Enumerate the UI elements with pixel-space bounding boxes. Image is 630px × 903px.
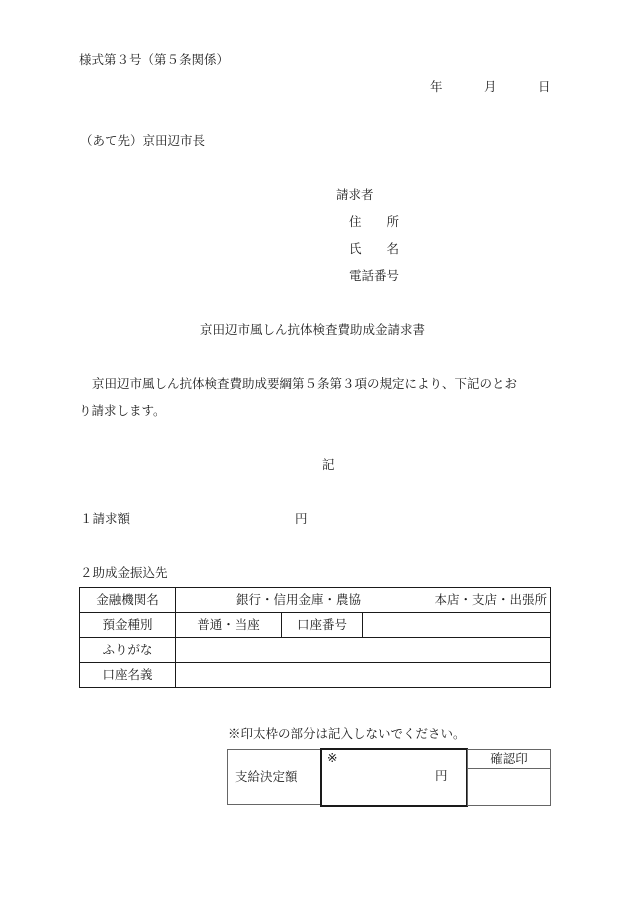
date-month-label: 月 [484,81,497,94]
requester-label: 請求者 [336,189,374,202]
account-holder-field[interactable] [176,663,551,688]
branch-type-options: 本店・支店・出張所 [434,594,547,607]
body-text-line-2: り請求します。 [79,405,166,418]
requester-address-label: 住 所 [349,216,399,229]
office-use-note: ※印太枠の部分は記入しないでください。 [228,728,466,741]
seal-box: 確認印 [467,749,551,806]
document-title: 京田辺市風しん抗体検査費助成金請求書 [200,324,425,337]
account-holder-row: 口座名義 [80,663,551,688]
body-text-line-1: 京田辺市風しん抗体検査費助成要綱第５条第３項の規定により、下記のとお [92,378,517,391]
bank-name-label: 金融機関名 [80,588,176,613]
decision-amount-label: 支給決定額 [235,771,298,784]
furigana-label: ふりがな [80,638,176,663]
addressee: （あて先）京田辺市長 [80,135,205,148]
account-number-field[interactable] [363,613,551,638]
bank-account-table: 金融機関名 銀行・信用金庫・農協 本店・支店・出張所 預金種別 普通・当座 口座… [79,587,551,688]
transfer-destination-label: ２助成金振込先 [80,567,168,580]
form-number: 様式第３号（第５条関係） [79,54,229,67]
claim-amount-unit: 円 [295,513,308,526]
decision-amount-label-cell: 支給決定額 [227,749,321,805]
requester-name-label: 氏 名 [349,243,399,256]
claim-amount-label: １請求額 [80,513,130,526]
deposit-type-options[interactable]: 普通・当座 [176,613,282,638]
date-year-label: 年 [430,81,443,94]
requester-phone-label: 電話番号 [349,270,399,283]
furigana-field[interactable] [176,638,551,663]
bank-name-field[interactable]: 銀行・信用金庫・農協 本店・支店・出張所 [176,588,551,613]
date-day-label: 日 [538,81,551,94]
account-number-label: 口座番号 [282,613,363,638]
ki-heading: 記 [322,459,335,472]
account-holder-label: 口座名義 [80,663,176,688]
decision-amount-unit: 円 [435,770,448,783]
deposit-type-label: 預金種別 [80,613,176,638]
bank-type-options: 銀行・信用金庫・農協 [236,594,361,607]
bank-name-row: 金融機関名 銀行・信用金庫・農協 本店・支店・出張所 [80,588,551,613]
furigana-row: ふりがな [80,638,551,663]
decision-amount-field: ※ 円 [320,748,468,807]
office-use-mark: ※ [327,752,337,765]
deposit-type-row: 預金種別 普通・当座 口座番号 [80,613,551,638]
seal-label: 確認印 [468,750,550,769]
